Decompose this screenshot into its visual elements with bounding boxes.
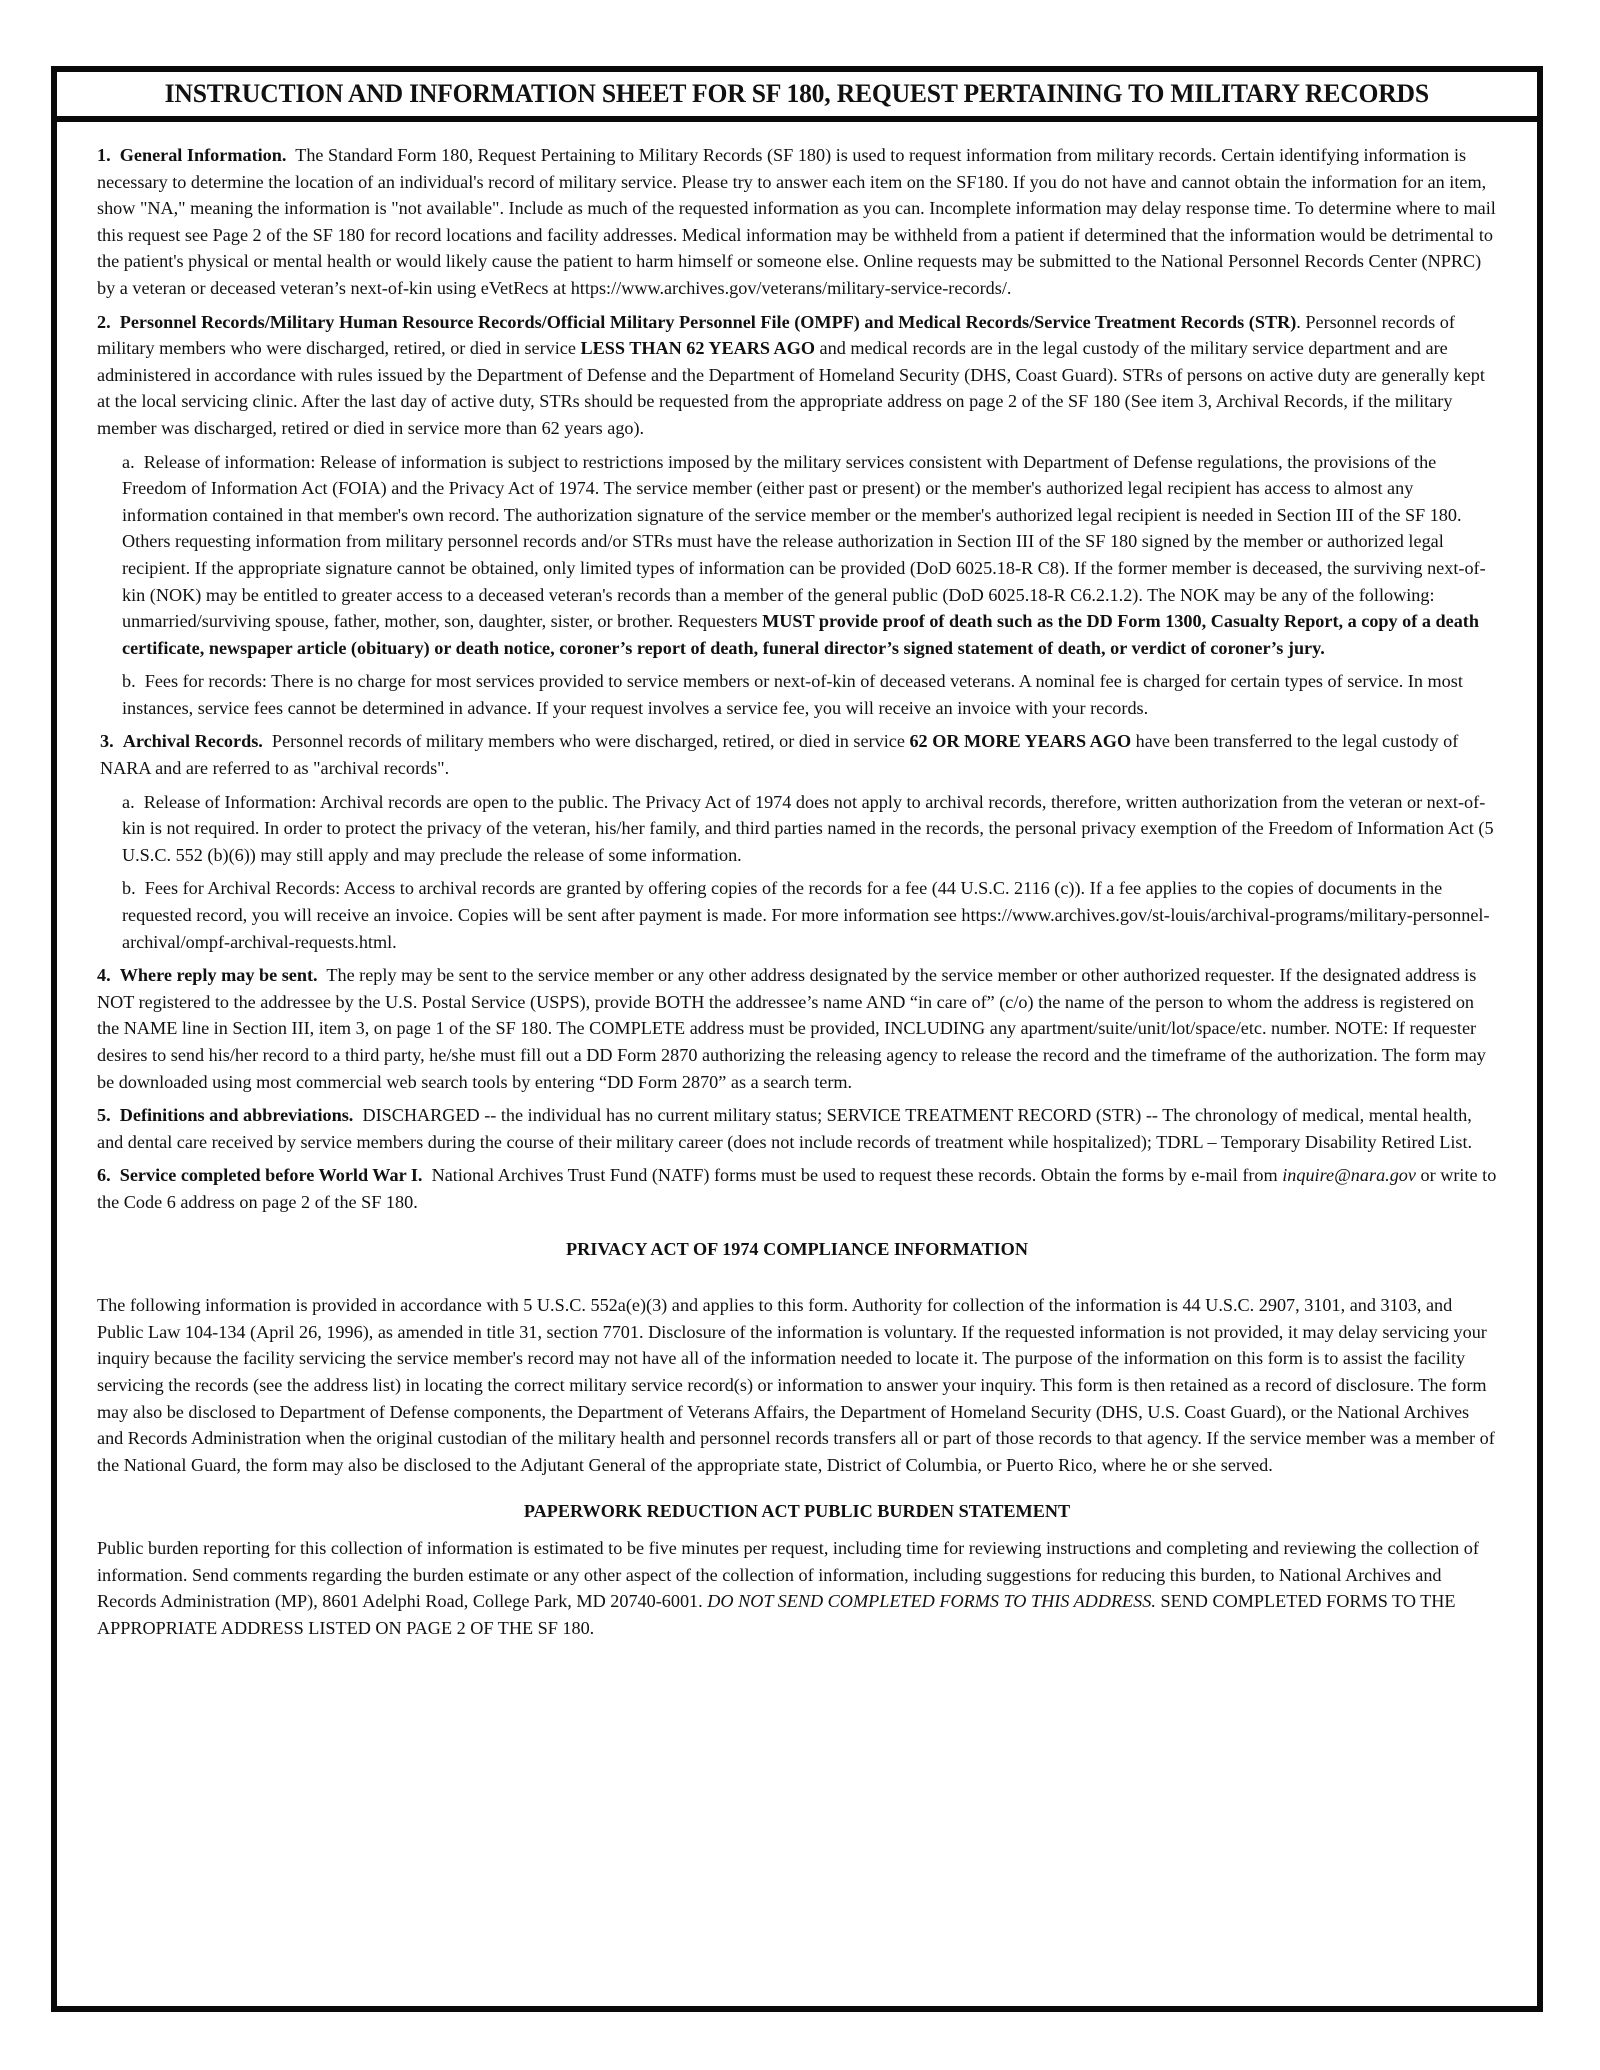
section-definitions: 5. Definitions and abbreviations. DISCHA… bbox=[97, 1102, 1497, 1155]
section-number: 5. bbox=[97, 1105, 111, 1125]
instruction-sheet: INSTRUCTION AND INFORMATION SHEET FOR SF… bbox=[51, 66, 1543, 2012]
section-text: National Archives Trust Fund (NATF) form… bbox=[432, 1165, 1283, 1185]
document-body: 1. General Information. The Standard For… bbox=[57, 122, 1537, 1641]
title-band: INSTRUCTION AND INFORMATION SHEET FOR SF… bbox=[57, 72, 1537, 122]
section-heading: Service completed before World War I. bbox=[120, 1165, 423, 1185]
do-not-send-warning: DO NOT SEND COMPLETED FORMS TO THIS ADDR… bbox=[707, 1591, 1156, 1611]
emphasis-less-than-62: LESS THAN 62 YEARS AGO bbox=[581, 338, 815, 358]
paperwork-reduction-statement: Public burden reporting for this collect… bbox=[97, 1535, 1497, 1641]
subsection-release-of-information: a. Release of information: Release of in… bbox=[122, 449, 1497, 662]
subsection-label: b. bbox=[122, 671, 136, 691]
section-heading: General Information. bbox=[120, 145, 287, 165]
paperwork-reduction-heading: PAPERWORK REDUCTION ACT PUBLIC BURDEN ST… bbox=[97, 1498, 1497, 1525]
subsection-archival-fees: b. Fees for Archival Records: Access to … bbox=[122, 875, 1497, 955]
section-where-reply-sent: 4. Where reply may be sent. The reply ma… bbox=[97, 962, 1497, 1095]
subsection-fees-for-records: b. Fees for records: There is no charge … bbox=[122, 668, 1497, 721]
subsection-label: a. bbox=[122, 452, 135, 472]
section-personnel-records: 2. Personnel Records/Military Human Reso… bbox=[97, 309, 1497, 442]
page-title: INSTRUCTION AND INFORMATION SHEET FOR SF… bbox=[165, 79, 1429, 109]
subsection-text: Release of Information: Archival records… bbox=[122, 792, 1494, 865]
section-number: 3. bbox=[100, 731, 114, 751]
subsection-label: b. bbox=[122, 878, 136, 898]
subsection-label: a. bbox=[122, 792, 135, 812]
section-before-wwi: 6. Service completed before World War I.… bbox=[97, 1162, 1497, 1215]
emphasis-62-or-more: 62 OR MORE YEARS AGO bbox=[909, 731, 1131, 751]
subsection-archival-release: a. Release of Information: Archival reco… bbox=[122, 789, 1497, 869]
section-number: 1. bbox=[97, 145, 111, 165]
section-heading: Definitions and abbreviations. bbox=[120, 1105, 354, 1125]
section-general-information: 1. General Information. The Standard For… bbox=[97, 142, 1497, 302]
privacy-act-heading: PRIVACY ACT OF 1974 COMPLIANCE INFORMATI… bbox=[97, 1236, 1497, 1263]
subsection-text: Release of information: Release of infor… bbox=[122, 452, 1486, 632]
subsection-text: Fees for records: There is no charge for… bbox=[122, 671, 1463, 718]
section-archival-records: 3. Archival Records. Personnel records o… bbox=[100, 728, 1497, 781]
section-number: 6. bbox=[97, 1165, 111, 1185]
section-text: The Standard Form 180, Request Pertainin… bbox=[97, 145, 1496, 298]
nara-email-link[interactable]: inquire@nara.gov bbox=[1282, 1165, 1416, 1185]
subsection-text: Fees for Archival Records: Access to arc… bbox=[122, 878, 1490, 951]
section-heading: Personnel Records/Military Human Resourc… bbox=[120, 312, 1297, 332]
section-number: 2. bbox=[97, 312, 111, 332]
section-text: Personnel records of military members wh… bbox=[272, 731, 910, 751]
section-heading: Where reply may be sent. bbox=[120, 965, 318, 985]
section-heading: Archival Records. bbox=[123, 731, 263, 751]
section-number: 4. bbox=[97, 965, 111, 985]
privacy-act-text: The following information is provided in… bbox=[97, 1292, 1497, 1478]
